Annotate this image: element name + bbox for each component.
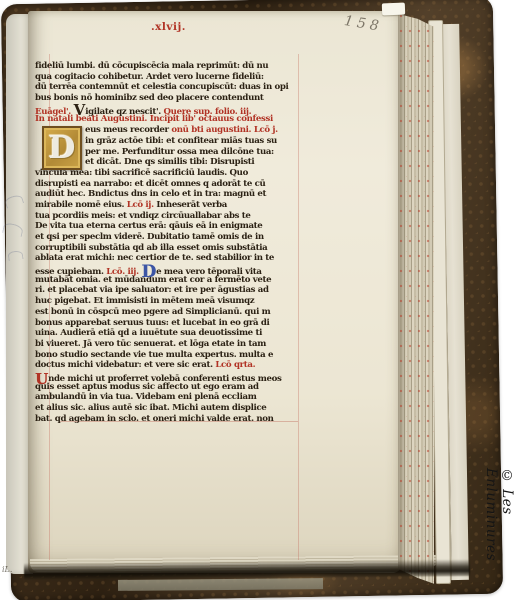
manuscript-line: doctus michi videbatur: et vere sic erat… — [35, 360, 301, 371]
manuscript-line: mutabāt omia. et mūdandum erat cor a fer… — [35, 275, 301, 286]
manuscript-line: bono studio sectande vie tue multa exper… — [35, 350, 301, 361]
copyright-watermark: © Les Enluminures — [483, 468, 515, 598]
manuscript-line: bi viueret. Jā vero tūc senuerat. et lōg… — [35, 339, 301, 350]
illuminated-initial: D — [42, 126, 82, 170]
manuscript-line: uina. Audierā etiā qd a iuuētute sua deu… — [35, 328, 301, 339]
manuscript-line: disrupisti ea narrabo: et dicēt omnes q … — [35, 179, 301, 190]
folio-number: 158 — [343, 13, 384, 35]
manuscript-line: et alius sic. alius autē sic ibat. Michi… — [35, 403, 301, 414]
manuscript-line: qua cogitacio cohibetur. Ardet vero luce… — [35, 72, 301, 83]
manuscript-line: est bonū in cōspcū meo pgere ad Simplici… — [35, 307, 301, 318]
manuscript-line: dū terrēa contemnūt et celestia concupis… — [35, 82, 301, 93]
text-block: fideliū lumbi. dū cōcupiscēcia mala repr… — [35, 61, 301, 424]
manuscript-line: et qsi per speclm viderē. Dubitatio tamē… — [35, 232, 301, 243]
page-content: .xlvij. 158 fideliū lumbi. dū cōcupiscēc… — [0, 0, 516, 600]
manuscript-line: Unde michi ut proferret volebā conferent… — [35, 371, 301, 382]
manuscript-line: fideliū lumbi. dū cōcupiscēcia mala repr… — [35, 61, 301, 72]
chapter-heading: .xlvij. — [151, 21, 186, 33]
manuscript-line: corruptibili substātia qd ab illa esset … — [35, 243, 301, 254]
manuscript-line: tua pcordiis meis: et vndiqz circūuallab… — [35, 211, 301, 222]
initial-letter: D — [49, 133, 76, 164]
manuscript-photo: .xlvij. 158 fideliū lumbi. dū cōcupiscēc… — [0, 0, 516, 600]
manuscript-line: De vita tua eterna certus erā: qāuis eā … — [35, 221, 301, 232]
manuscript-line: esse cupiebam. Lcō. iij. De mea vero tēp… — [35, 264, 301, 275]
manuscript-line: bonus apparebat seruus tuus: et lucebat … — [35, 318, 301, 329]
manuscript-line: mirabile nomē eius. Lcō ij. Inheserāt ve… — [35, 200, 301, 211]
manuscript-line: ri. et placebat via ipe saluator: et ire… — [35, 285, 301, 296]
manuscript-line: bat. qd agebam in sclo. et oneri michi v… — [35, 414, 301, 425]
manuscript-line: Euāgel'. Vigilate qz nescit'. Quere sup.… — [35, 104, 301, 115]
manuscript-line: ablata erat michi: nec certior de te. se… — [35, 253, 301, 264]
manuscript-line: huc pigebat. Et immisisti in mētem meā v… — [35, 296, 301, 307]
edge-mark: iL. — [2, 565, 12, 574]
manuscript-line: ambulandū in via tua. Videbam eni plenā … — [35, 392, 301, 403]
manuscript-line: audiūt hec. Bndictus dns in celo et in t… — [35, 189, 301, 200]
